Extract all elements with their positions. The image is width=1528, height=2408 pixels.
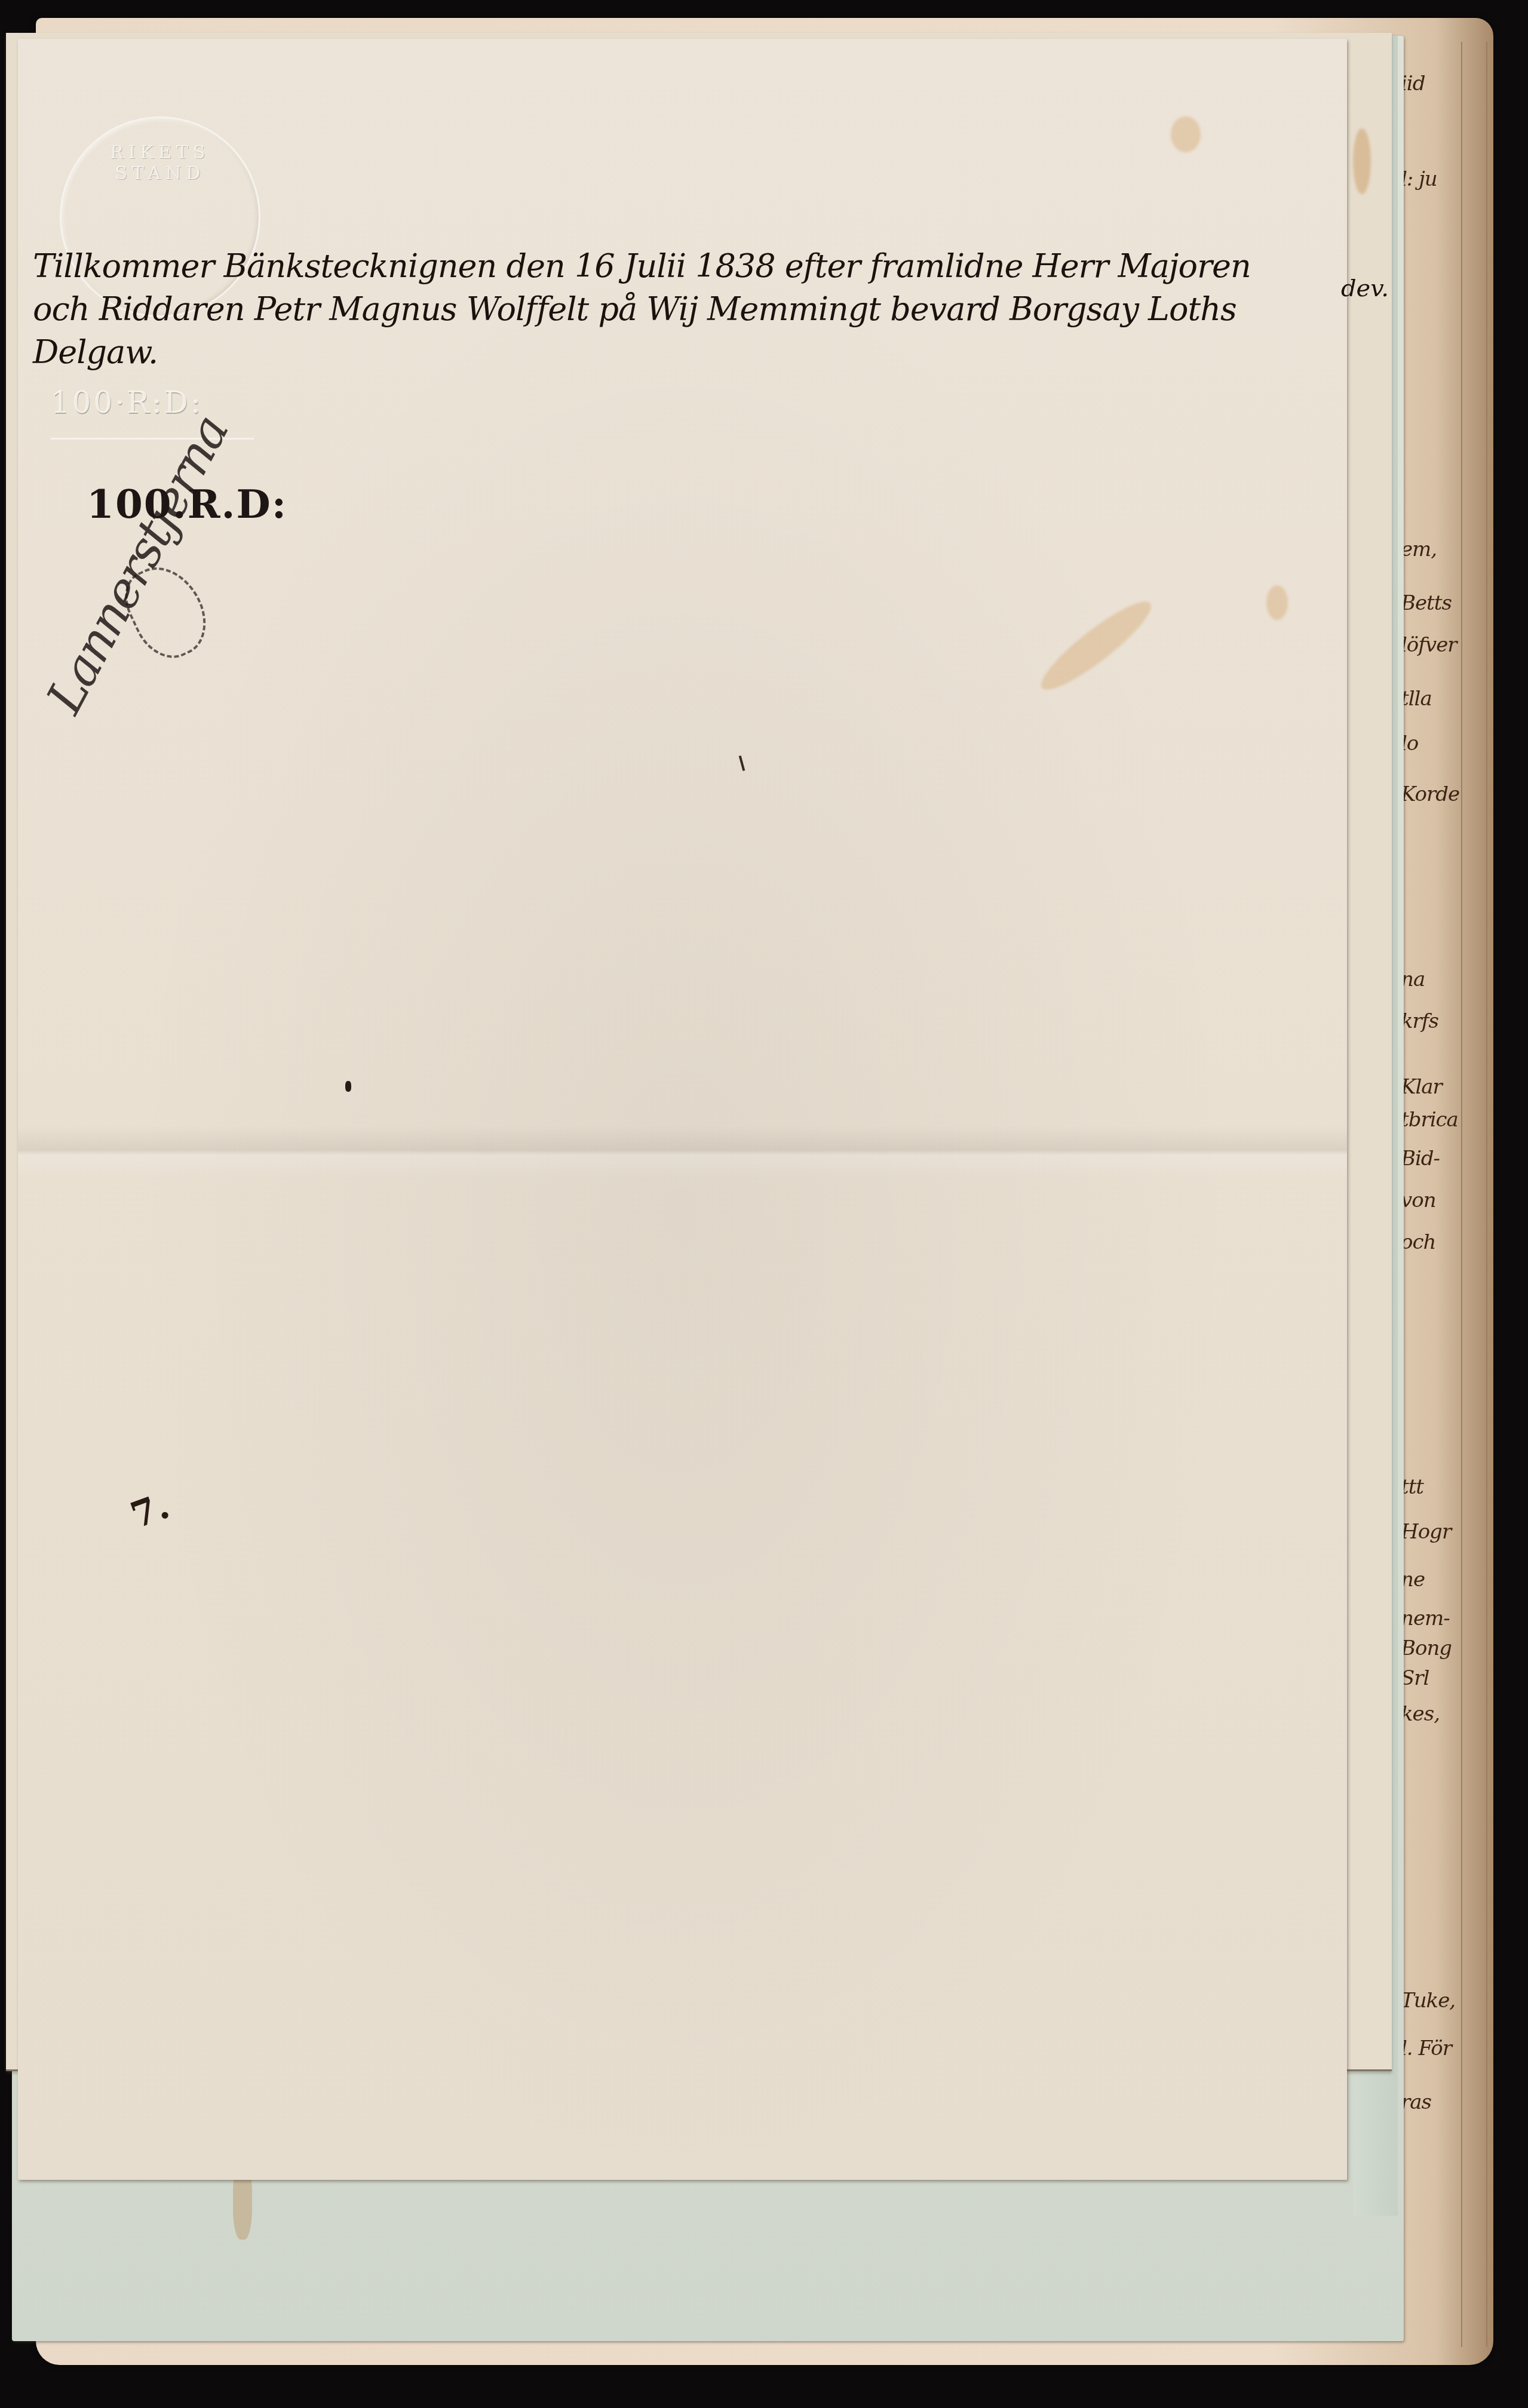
ledger-word: l. För: [1401, 2037, 1452, 2060]
paper-fold-crease: [18, 1126, 1347, 1180]
page-mark: 7.: [125, 1485, 175, 1537]
handwritten-line: och Riddaren Petr Magnus Wolffelt på Wij…: [33, 288, 1347, 331]
ledger-word: tbrica: [1401, 1108, 1458, 1132]
ink-dot: [345, 1081, 351, 1092]
ledger-word: ttt: [1401, 1475, 1423, 1499]
margin-note: dev.: [1341, 275, 1389, 302]
ledger-word: l: ju: [1401, 167, 1437, 191]
ledger-word: na: [1401, 967, 1425, 991]
handwritten-text: Tillkommer Bänkstecknignen den 16 Julii …: [33, 245, 1347, 374]
foxing-stain: [1353, 128, 1371, 194]
ledger-word: Bid-: [1401, 1147, 1440, 1171]
ledger-word: Srl: [1401, 1666, 1429, 1690]
ledger-word: nem-: [1401, 1607, 1450, 1630]
ledger-word: krfs: [1401, 1009, 1438, 1033]
ledger-word: ras: [1401, 2090, 1431, 2114]
ledger-word: von: [1401, 1188, 1436, 1212]
ledger-word: iid: [1401, 72, 1425, 96]
scanned-document: iid l: ju em, Betts löfver tlla lo Korde…: [0, 0, 1528, 2408]
ledger-word: tlla: [1401, 687, 1432, 711]
ledger-word: Klar: [1401, 1075, 1442, 1099]
handwritten-line: Tillkommer Bänkstecknignen den 16 Julii …: [33, 245, 1347, 288]
ledger-word: Hogr: [1401, 1520, 1451, 1544]
ledger-word: Betts: [1401, 591, 1452, 615]
foxing-stain: [1032, 591, 1159, 701]
ledger-word: Korde: [1401, 782, 1459, 806]
ledger-word: Bong: [1401, 1636, 1452, 1660]
ledger-margin-text: iid l: ju em, Betts löfver tlla lo Korde…: [1401, 0, 1496, 2408]
foxing-stain: [1171, 116, 1201, 152]
main-stamped-sheet: RIKETS STAND 100·R:D: 100.R.D: Lannerstj…: [18, 39, 1347, 2180]
stamped-signature: Lannerstjerna: [36, 407, 240, 723]
ink-speck: [739, 755, 745, 771]
ledger-word: ne: [1401, 1568, 1425, 1592]
seal-inscription: RIKETS STAND: [85, 142, 235, 184]
ledger-word: Tuke,: [1401, 1989, 1455, 2013]
ledger-word: och: [1401, 1230, 1435, 1254]
ledger-word: kes,: [1401, 1702, 1440, 1726]
ledger-word: em,: [1401, 537, 1437, 561]
ledger-word: löfver: [1401, 633, 1457, 657]
foxing-stain: [1266, 585, 1288, 620]
handwritten-line: Delgaw.: [33, 331, 1347, 374]
